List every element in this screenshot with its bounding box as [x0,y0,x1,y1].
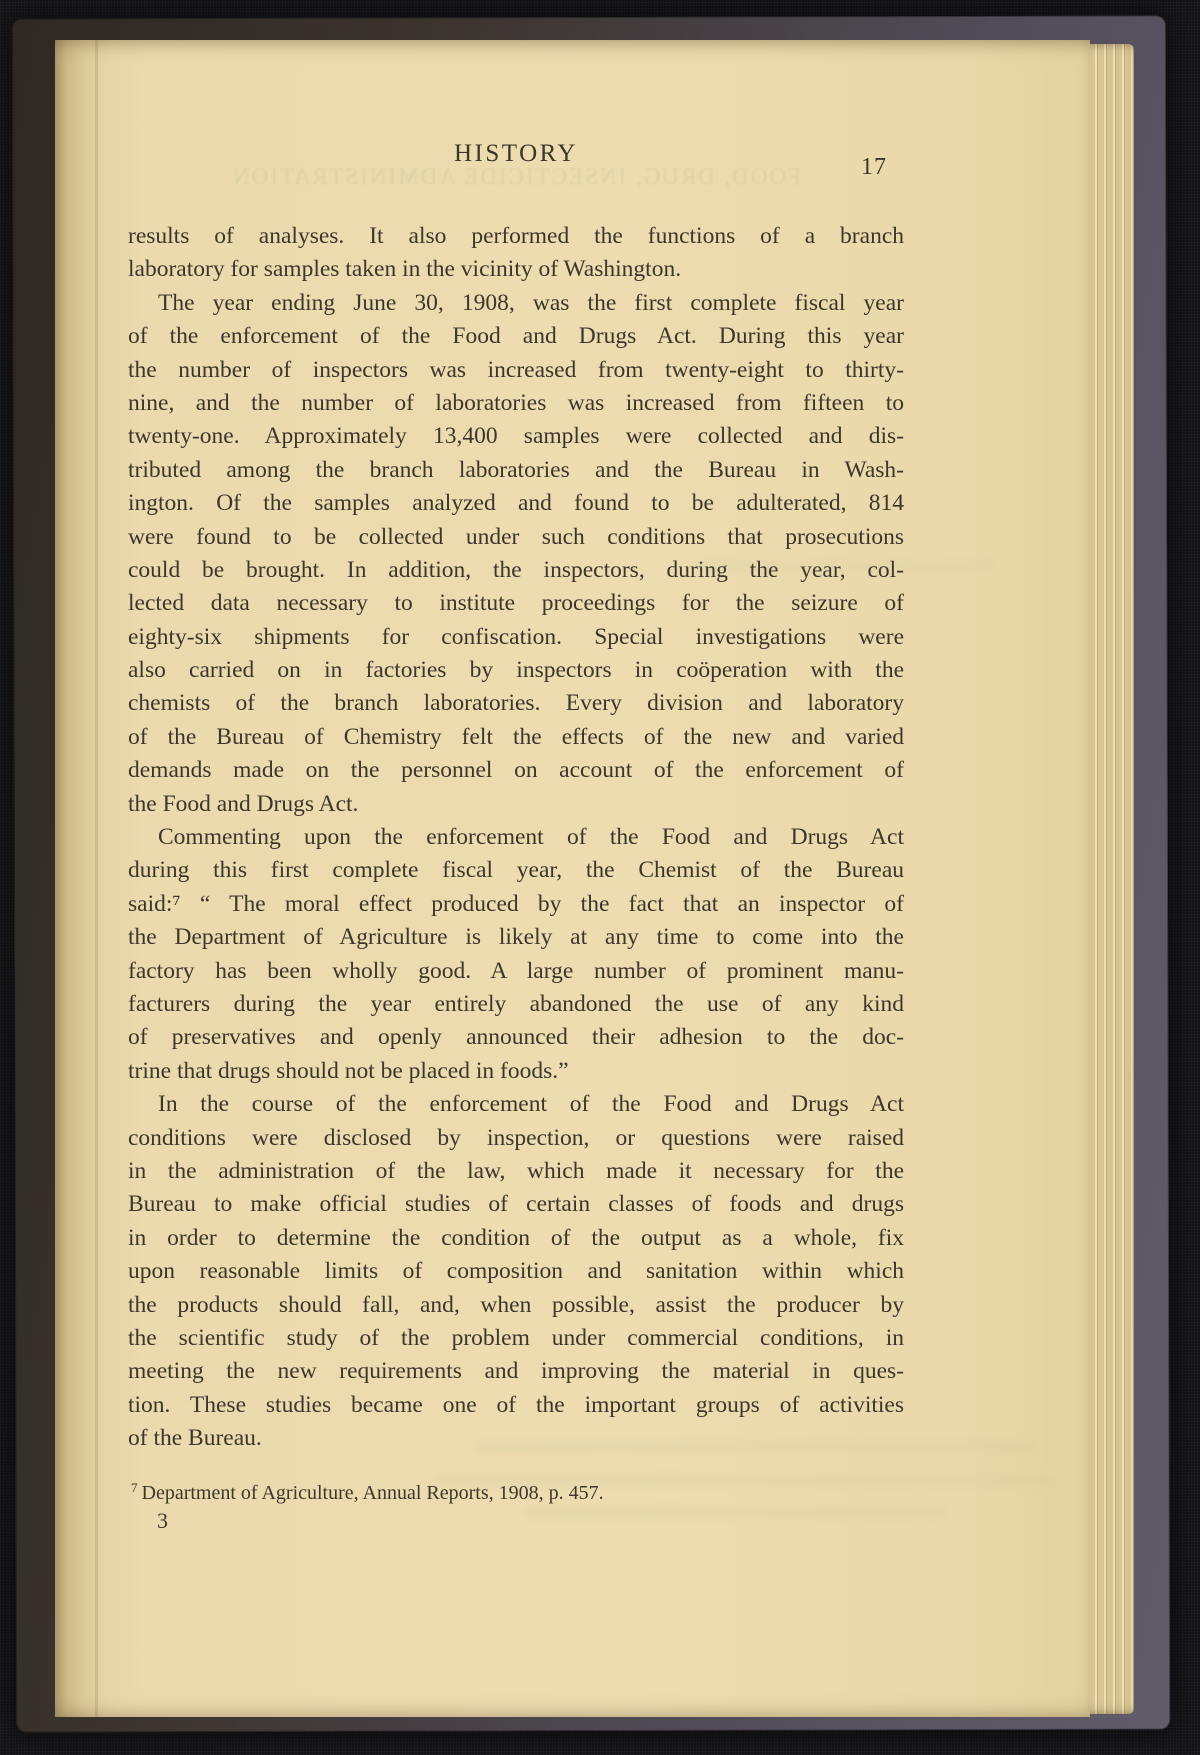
show-through-smudge [525,1506,945,1519]
footnote: 7Department of Agriculture, Annual Repor… [131,1480,907,1505]
text-line: were found to be collected under such co… [128,521,904,554]
text-line: factory has been wholly good. A large nu… [128,955,904,988]
text-line: twenty-one. Approximately 13,400 samples… [128,420,904,453]
text-line: could be brought. In addition, the inspe… [128,554,904,587]
text-line: trine that drugs should not be placed in… [128,1055,904,1088]
text-line: the products should fall, and, when poss… [128,1289,904,1322]
text-line: said:⁷ “ The moral effect produced by th… [128,888,904,921]
text-line: results of analyses. It also performed t… [128,220,904,253]
page-edge-stack [1086,44,1134,1714]
scanned-book-photo: FOOD, DRUG, INSECTICIDE ADMINISTRATION H… [0,0,1200,1755]
text-line: in the administration of the law, which … [128,1155,904,1188]
text-line: in order to determine the condition of t… [128,1222,904,1255]
text-line: of the Bureau of Chemistry felt the effe… [128,721,904,754]
text-line: Commenting upon the enforcement of the F… [128,821,904,854]
text-line: demands made on the personnel on account… [128,754,904,787]
text-line: lected data necessary to institute proce… [128,587,904,620]
text-line: ington. Of the samples analyzed and foun… [128,487,904,520]
text-line: the Food and Drugs Act. [128,788,904,821]
running-head-title: HISTORY [128,140,904,168]
text-line: of the Bureau. [128,1422,904,1455]
text-line: the scientific study of the problem unde… [128,1322,904,1355]
text-line: upon reasonable limits of composition an… [128,1255,904,1288]
text-line: also carried on in factories by inspecto… [128,654,904,687]
text-line: tributed among the branch laboratories a… [128,454,904,487]
text-line: eighty-six shipments for confiscation. S… [128,621,904,654]
signature-mark: 3 [157,1508,168,1534]
text-line: The year ending June 30, 1908, was the f… [128,287,904,320]
text-line: of preservatives and openly announced th… [128,1021,904,1054]
text-line: of the enforcement of the Food and Drugs… [128,320,904,353]
text-line: nine, and the number of laboratories was… [128,387,904,420]
footnote-text: Department of Agriculture, Annual Report… [142,1482,604,1504]
text-line: laboratory for samples taken in the vici… [128,253,904,286]
text-line: during this first complete fiscal year, … [128,854,904,887]
book-page: FOOD, DRUG, INSECTICIDE ADMINISTRATION H… [55,40,1090,1717]
text-line: the Department of Agriculture is likely … [128,921,904,954]
text-line: conditions were disclosed by inspection,… [128,1122,904,1155]
text-line: chemists of the branch laboratories. Eve… [128,687,904,720]
footnote-marker: 7 [131,1480,138,1495]
page-number: 17 [861,154,951,181]
body-text: results of analyses. It also performed t… [128,220,904,1455]
text-line: Bureau to make official studies of certa… [128,1188,904,1221]
text-line: the number of inspectors was increased f… [128,354,904,387]
text-line: tion. These studies became one of the im… [128,1389,904,1422]
text-line: facturers during the year entirely aband… [128,988,904,1021]
text-line: In the course of the enforcement of the … [128,1088,904,1121]
text-line: meeting the new requirements and improvi… [128,1355,904,1388]
